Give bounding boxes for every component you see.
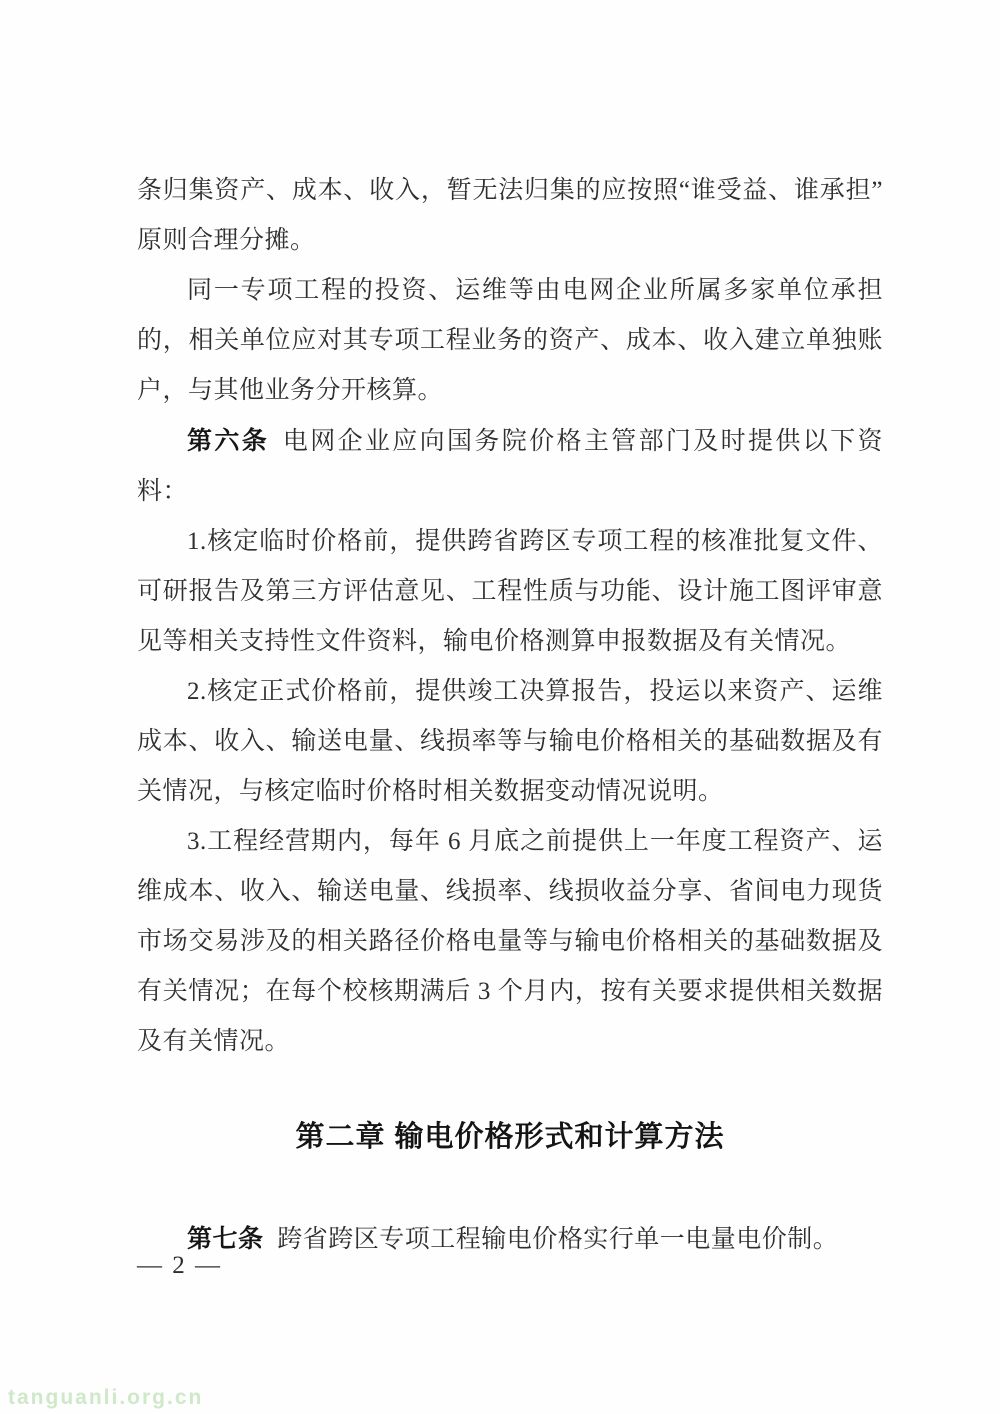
paragraph: 第七条跨省跨区专项工程输电价格实行单一电量电价制。 [137,1214,883,1265]
paragraph: 同一专项工程的投资、运维等由电网企业所属多家单位承担的，相关单位应对其专项工程业… [137,266,883,416]
paragraph: 1.核定临时价格前，提供跨省跨区专项工程的核准批复文件、可研报告及第三方评估意见… [137,517,883,667]
paragraph: 3.工程经营期内，每年 6 月底之前提供上一年度工程资产、运维成本、收入、输送电… [137,817,883,1067]
document-page: 条归集资产、成本、收入，暂无法归集的应按照“谁受益、谁承担”原则合理分摊。同一专… [0,0,1000,1414]
article-number: 第七条 [187,1225,264,1253]
page-number: — 2 — [137,1252,222,1280]
paragraph: 条归集资产、成本、收入，暂无法归集的应按照“谁受益、谁承担”原则合理分摊。 [137,166,883,266]
document-body: 条归集资产、成本、收入，暂无法归集的应按照“谁受益、谁承担”原则合理分摊。同一专… [137,166,883,1265]
chapter-heading: 第二章 输电价格形式和计算方法 [137,1112,883,1162]
article-number: 第六条 [187,427,269,455]
watermark: tanguanli.org.cn [8,1386,203,1410]
paragraph: 第六条电网企业应向国务院价格主管部门及时提供以下资料： [137,416,883,517]
paragraph: 2.核定正式价格前，提供竣工决算报告，投运以来资产、运维成本、收入、输送电量、线… [137,667,883,817]
